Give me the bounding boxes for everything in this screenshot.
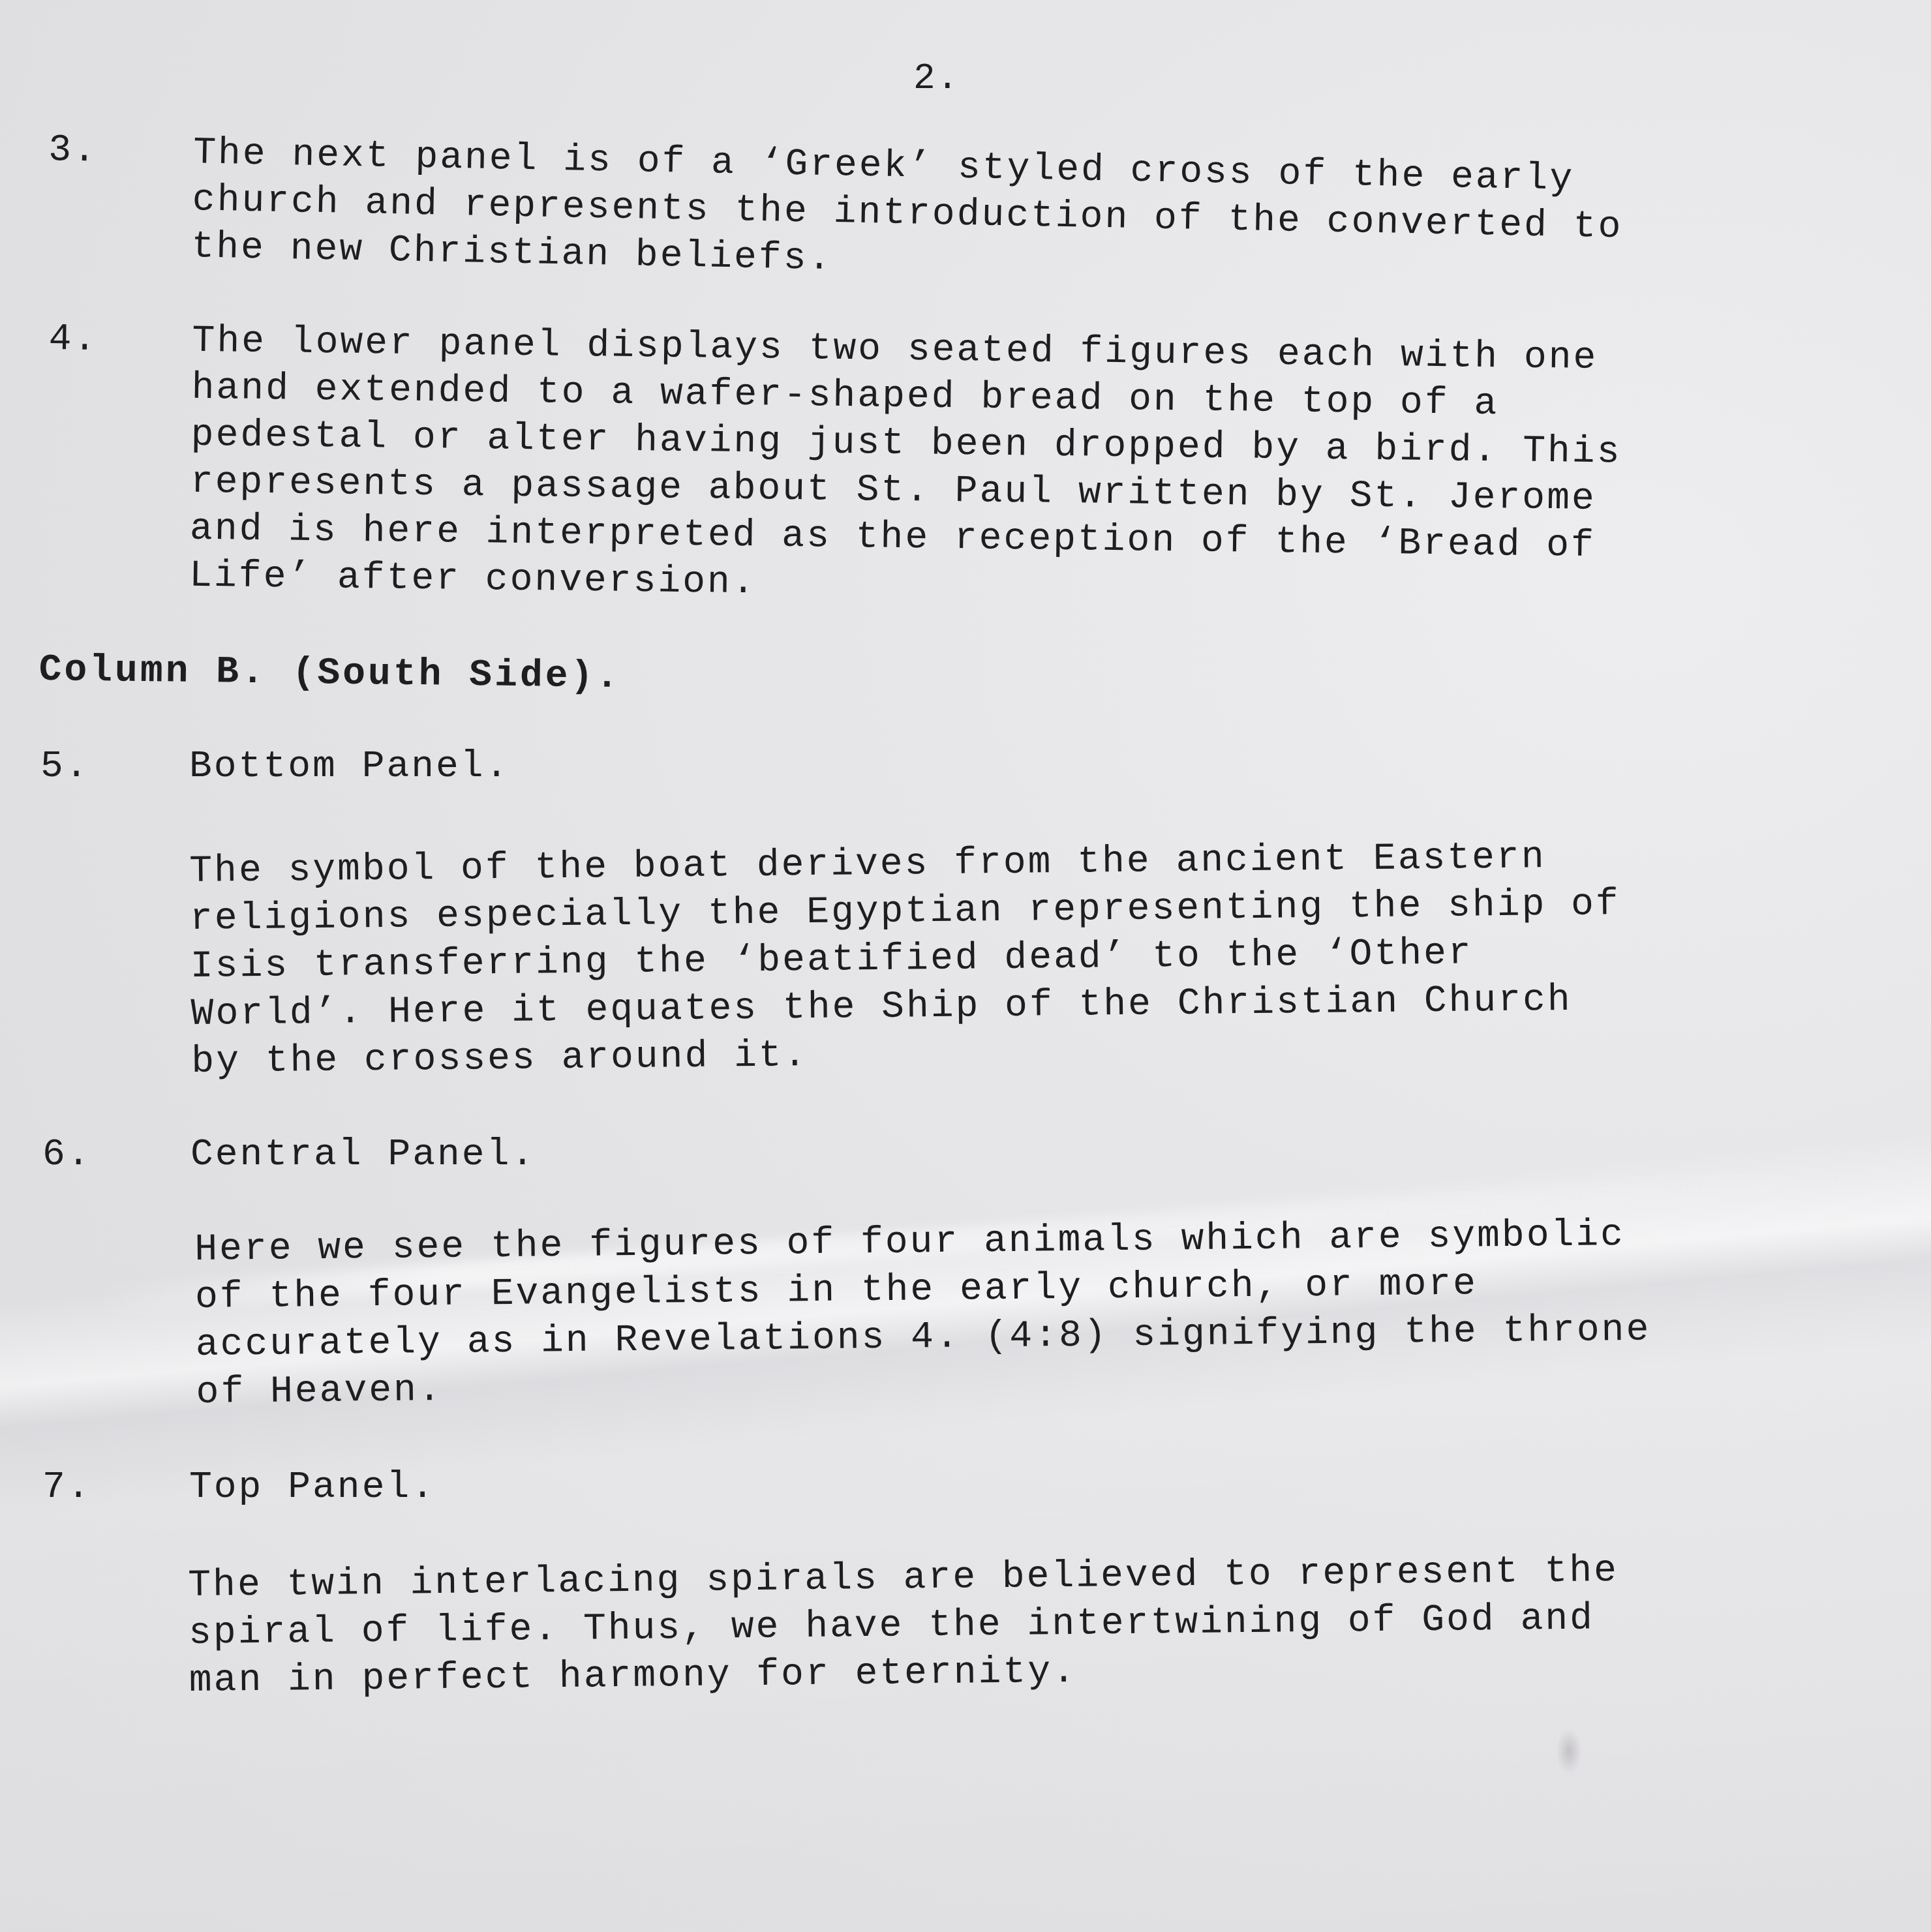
document-page: 2. 3. The next panel is of a ‘Greek’ sty… (0, 0, 1931, 1932)
item-5-title: Bottom Panel. (189, 744, 509, 791)
item-7-number: 7. (42, 1464, 92, 1511)
section-heading: Column B. (South Side). (38, 649, 621, 699)
item-7-text: The twin interlacing spirals are believe… (188, 1547, 1620, 1705)
item-6-title: Central Panel. (190, 1132, 536, 1179)
item-7-title: Top Panel. (189, 1464, 436, 1511)
item-text: The next panel is of a ‘Greek’ styled cr… (191, 130, 1624, 298)
item-6-number: 6. (42, 1132, 92, 1179)
item-number: 3. (48, 127, 99, 175)
item-5-number: 5. (40, 744, 90, 791)
paper-smudge (1556, 1728, 1582, 1774)
page-number: 2. (913, 57, 960, 99)
item-5-text: The symbol of the boat derives from the … (189, 833, 1622, 1086)
item-text: The lower panel displays two seated figu… (189, 318, 1623, 618)
item-6-text: Here we see the figures of four animals … (194, 1211, 1651, 1417)
item-number: 4. (48, 316, 98, 364)
